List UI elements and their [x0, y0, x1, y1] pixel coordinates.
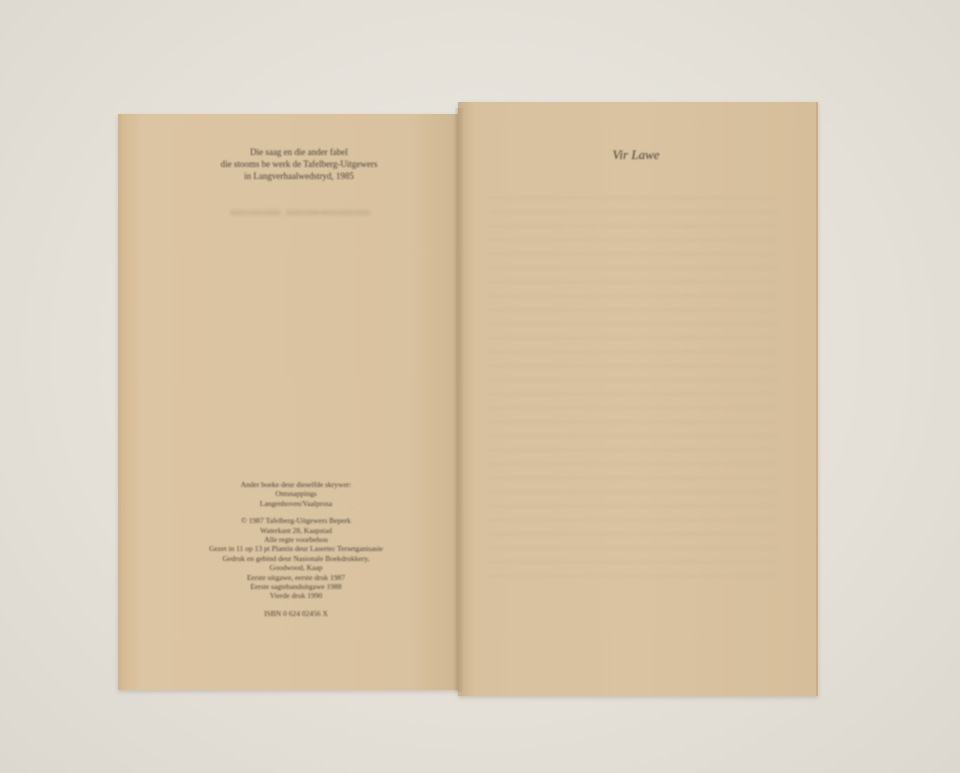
open-book: Die saag en die ander fabel die stooms b…: [118, 100, 818, 696]
colophon-line: Ander boeke deur dieselfde skrywer:: [161, 480, 431, 489]
left-page: Die saag en die ander fabel die stooms b…: [118, 114, 461, 690]
colophon-line: Waterkant 28, Kaapstad: [161, 526, 431, 535]
isbn-line: ISBN 0 624 02456 X: [161, 609, 431, 618]
book-gutter: [454, 108, 464, 692]
colophon-line: Goodwood, Kaap: [161, 563, 431, 572]
colophon-line: Gedruk en gebind deur Nasionale Boekdruk…: [161, 554, 431, 563]
dedication-line: Die saag en die ander fabel: [179, 146, 419, 158]
show-through-title: ▬▬▬ ▬▬▬▬▬: [211, 202, 391, 220]
colophon-line: Alle regte voorbehou: [161, 535, 431, 544]
dedication-line: die stooms be werk de Tafelberg-Uitgewer…: [179, 158, 419, 170]
colophon-line: Eerste uitgawe, eerste druk 1987: [161, 573, 431, 582]
right-page: Vir Lawe: [458, 102, 818, 696]
show-through-text: [488, 197, 778, 577]
colophon-line: Vierde druk 1990: [161, 591, 431, 600]
colophon-line: Eerste sagtebanduitgawe 1988: [161, 582, 431, 591]
colophon-line: © 1987 Tafelberg-Uitgewers Beperk: [161, 516, 431, 525]
colophon-line: Langenhoven/Vaalprosa: [161, 499, 431, 508]
colophon-line: Gezet in 11 op 13 pt Plantin deur Lasert…: [161, 544, 431, 553]
colophon-line: Ontsnappings: [161, 489, 431, 498]
dedication-note: Die saag en die ander fabel die stooms b…: [179, 146, 419, 182]
dedication-line: in Langverhaalwedstryd, 1985: [179, 170, 419, 182]
colophon: Ander boeke deur dieselfde skrywer: Onts…: [161, 480, 431, 618]
epigraph-title: Vir Lawe: [586, 147, 686, 163]
